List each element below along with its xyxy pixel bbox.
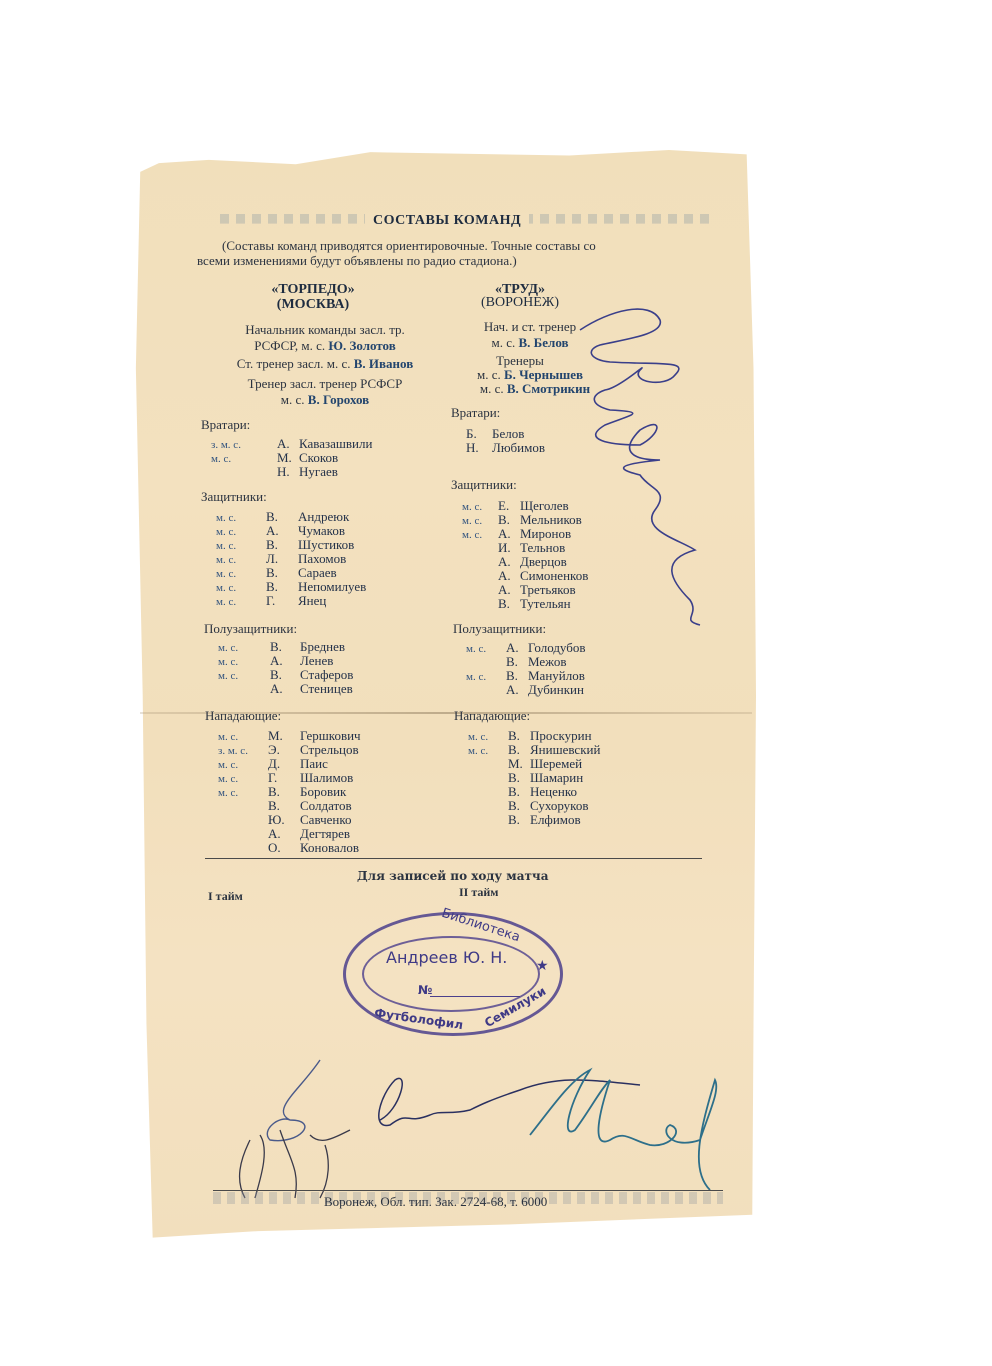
away-forward-row: В.Шамарин xyxy=(468,771,583,785)
player-name: Бреднев xyxy=(300,640,345,654)
away-defender-row: А.Третьяков xyxy=(462,583,576,597)
player-rank: м. с. xyxy=(216,511,266,525)
player-initial: Б. xyxy=(466,427,492,441)
player-name: Стеницев xyxy=(300,682,353,696)
stamp-number: № xyxy=(418,983,432,997)
away-head-name: В. Белов xyxy=(518,335,568,350)
player-rank: м. с. xyxy=(211,452,277,466)
player-name: Савченко xyxy=(300,813,352,827)
away-forward-row: В.Неценко xyxy=(468,785,577,799)
player-name: Стаферов xyxy=(300,668,353,682)
away-defender-row: В.Тутельян xyxy=(462,597,571,611)
home-coach-name: В. Горохов xyxy=(308,392,369,407)
home-forward-row: м. с.М.Гершкович xyxy=(218,729,361,743)
home-defender-row: м. с.Г.Янец xyxy=(216,594,326,608)
player-name: Солдатов xyxy=(300,799,352,813)
home-forwards-label: Нападающие: xyxy=(205,708,281,724)
player-initial: В. xyxy=(268,799,300,813)
player-rank: м. с. xyxy=(218,772,268,786)
away-team-city: (ВОРОНЕЖ) xyxy=(465,295,575,311)
player-initial: В. xyxy=(508,813,530,827)
player-initial: Л. xyxy=(266,552,298,566)
player-initial: В. xyxy=(506,669,528,683)
player-name: Сараев xyxy=(298,566,337,580)
player-rank: м. с. xyxy=(462,528,498,542)
player-initial: А. xyxy=(266,524,298,538)
home-forward-row: О.Коновалов xyxy=(218,841,359,855)
player-name: Неценко xyxy=(530,785,577,799)
home-staff-coach: Тренер засл. тренер РСФСР м. с. В. Горох… xyxy=(205,376,445,408)
home-staff-head: Начальник команды засл. тр. РСФСР, м. с.… xyxy=(205,322,445,354)
player-name: Непомилуев xyxy=(298,580,366,594)
player-initial: Г. xyxy=(268,771,300,785)
player-initial: Г. xyxy=(266,594,298,608)
page-title: СОСТАВЫ КОМАНД xyxy=(365,213,529,229)
player-name: Боровик xyxy=(300,785,346,799)
home-goalkeeper-row: з. м. с.А.Кавазашвили xyxy=(211,437,372,451)
player-initial: В. xyxy=(498,597,520,611)
player-initial: О. xyxy=(268,841,300,855)
player-initial: В. xyxy=(508,743,530,757)
player-initial: В. xyxy=(266,538,298,552)
player-initial: В. xyxy=(270,640,300,654)
player-name: Мануйлов xyxy=(528,669,585,683)
player-initial: В. xyxy=(508,771,530,785)
player-rank: м. с. xyxy=(218,641,270,655)
home-coach-rank: м. с. xyxy=(281,392,305,407)
player-initial: В. xyxy=(266,580,298,594)
player-rank: м. с. xyxy=(216,525,266,539)
home-forward-row: Ю.Савченко xyxy=(218,813,352,827)
note-line-1: (Составы команд приводятся ориентировочн… xyxy=(222,238,692,254)
divider-line xyxy=(205,858,702,859)
away-forward-row: В.Елфимов xyxy=(468,813,581,827)
away-defenders-label: Защитники: xyxy=(451,477,517,493)
home-midfielder-row: м. с.В.Бреднев xyxy=(218,640,345,654)
player-name: Тельнов xyxy=(520,541,565,555)
footer-rule xyxy=(213,1190,723,1191)
player-initial: Д. xyxy=(268,757,300,771)
home-midfielder-row: м. с.В.Стаферов xyxy=(218,668,353,682)
player-rank: м. с. xyxy=(468,744,508,758)
away-midfielder-row: А.Дубинкин xyxy=(466,683,584,697)
away-midfielder-row: м. с.В.Мануйлов xyxy=(466,669,585,683)
player-name: Межов xyxy=(528,655,566,669)
player-name: Проскурин xyxy=(530,729,592,743)
player-name: Любимов xyxy=(492,441,545,455)
player-name: Щеголев xyxy=(520,499,569,513)
player-rank: м. с. xyxy=(466,670,506,684)
player-initial: А. xyxy=(270,654,300,668)
player-rank: м. с. xyxy=(466,642,506,656)
away-goalkeeper-row: Н.Любимов xyxy=(466,441,545,455)
away-defender-row: м. с.Е.Щеголев xyxy=(462,499,569,513)
home-defender-row: м. с.А.Чумаков xyxy=(216,524,345,538)
player-initial: В. xyxy=(508,729,530,743)
away-head-rank: м. с. xyxy=(491,335,515,350)
player-initial: В. xyxy=(498,513,520,527)
autograph-vertical-icon xyxy=(570,300,720,630)
player-name: Кавазашвили xyxy=(299,437,372,451)
player-initial: Ю. xyxy=(268,813,300,827)
player-rank: м. с. xyxy=(218,730,268,744)
player-name: Белов xyxy=(492,427,524,441)
player-name: Миронов xyxy=(520,527,571,541)
player-name: Коновалов xyxy=(300,841,359,855)
away-midfielder-row: м. с.А.Голодубов xyxy=(466,641,586,655)
player-rank: м. с. xyxy=(462,514,498,528)
player-name: Дегтярев xyxy=(300,827,350,841)
player-name: Елфимов xyxy=(530,813,581,827)
away-goalkeeper-row: Б.Белов xyxy=(466,427,524,441)
star-icon: ★ xyxy=(536,958,549,974)
player-initial: В. xyxy=(508,799,530,813)
second-half-label: II тайм xyxy=(459,885,498,900)
player-rank: м. с. xyxy=(462,500,498,514)
player-rank: м. с. xyxy=(218,655,270,669)
home-goalkeeper-row: м. с.М.Скоков xyxy=(211,451,338,465)
player-name: Дубинкин xyxy=(528,683,584,697)
player-initial: В. xyxy=(266,510,298,524)
note-line-2: всеми изменениями будут объявлены по рад… xyxy=(197,253,517,269)
player-initial: Н. xyxy=(466,441,492,455)
player-initial: А. xyxy=(498,569,520,583)
player-initial: М. xyxy=(277,451,299,465)
player-name: Гершкович xyxy=(300,729,361,743)
home-head-name-line: РСФСР, м. с. Ю. Золотов xyxy=(205,338,445,354)
player-name: Янец xyxy=(298,594,326,608)
away-forward-row: м. с.В.Проскурин xyxy=(468,729,592,743)
home-goalkeeper-row: Н.Нугаев xyxy=(211,465,338,479)
home-midfielders-label: Полузащитники: xyxy=(204,621,297,637)
away-defender-row: А.Дверцов xyxy=(462,555,567,569)
home-defender-row: м. с.В.Шустиков xyxy=(216,538,354,552)
player-name: Паис xyxy=(300,757,328,771)
player-initial: А. xyxy=(498,555,520,569)
player-initial: В. xyxy=(268,785,300,799)
home-goalkeepers-label: Вратари: xyxy=(201,417,250,433)
home-coach-title: Тренер засл. тренер РСФСР xyxy=(205,376,445,392)
player-rank: м. с. xyxy=(216,553,266,567)
home-forward-row: В.Солдатов xyxy=(218,799,352,813)
player-rank: м. с. xyxy=(218,758,268,772)
printer-imprint: Воронеж, Обл. тип. Зак. 2724-68, т. 6000 xyxy=(324,1194,547,1210)
home-defenders-label: Защитники: xyxy=(201,489,267,505)
player-name: Шеремей xyxy=(530,757,582,771)
away-forwards-label: Нападающие: xyxy=(454,708,530,724)
player-initial: Е. xyxy=(498,499,520,513)
home-midfielder-row: А.Стеницев xyxy=(218,682,353,696)
player-rank: м. с. xyxy=(218,669,270,683)
autographs-bottom-icon xyxy=(230,1050,730,1200)
player-name: Шустиков xyxy=(298,538,354,552)
away-forward-row: В.Сухоруков xyxy=(468,799,588,813)
away-defender-row: И.Тельнов xyxy=(462,541,565,555)
home-head-title: Начальник команды засл. тр. xyxy=(205,322,445,338)
player-rank: м. с. xyxy=(216,581,266,595)
stamp-number-line xyxy=(430,996,520,997)
player-name: Шалимов xyxy=(300,771,353,785)
away-forward-row: м. с.В.Янишевский xyxy=(468,743,600,757)
player-name: Скоков xyxy=(299,451,338,465)
player-rank: м. с. xyxy=(216,567,266,581)
player-name: Стрельцов xyxy=(300,743,359,757)
player-initial: А. xyxy=(270,682,300,696)
away-goalkeepers-label: Вратари: xyxy=(451,405,500,421)
player-rank: з. м. с. xyxy=(218,744,268,758)
player-initial: М. xyxy=(508,757,530,771)
home-team-name: «ТОРПЕДО» xyxy=(248,282,378,298)
player-initial: В. xyxy=(270,668,300,682)
away-midfielders-label: Полузащитники: xyxy=(453,621,546,637)
player-name: Нугаев xyxy=(299,465,338,479)
home-defender-row: м. с.Л.Пахомов xyxy=(216,552,346,566)
player-initial: Н. xyxy=(277,465,299,479)
home-forward-row: з. м. с.Э.Стрельцов xyxy=(218,743,359,757)
home-midfielder-row: м. с.А.Ленев xyxy=(218,654,333,668)
home-defender-row: м. с.В.Сараев xyxy=(216,566,337,580)
home-defender-row: м. с.В.Непомилуев xyxy=(216,580,366,594)
player-name: Чумаков xyxy=(298,524,345,538)
home-head-rank: РСФСР, м. с. xyxy=(254,338,325,353)
first-half-label: I тайм xyxy=(208,889,243,904)
player-initial: А. xyxy=(498,527,520,541)
player-name: Третьяков xyxy=(520,583,576,597)
home-forward-row: А.Дегтярев xyxy=(218,827,350,841)
player-name: Голодубов xyxy=(528,641,586,655)
away-defender-row: м. с.В.Мельников xyxy=(462,513,582,527)
home-senior-name: В. Иванов xyxy=(354,356,414,371)
away-defender-row: м. с.А.Миронов xyxy=(462,527,571,541)
player-initial: В. xyxy=(508,785,530,799)
player-rank: з. м. с. xyxy=(211,438,277,452)
player-name: Ленев xyxy=(300,654,333,668)
player-initial: А. xyxy=(506,641,528,655)
player-initial: А. xyxy=(498,583,520,597)
player-initial: А. xyxy=(506,683,528,697)
player-initial: М. xyxy=(268,729,300,743)
player-name: Тутельян xyxy=(520,597,571,611)
home-forward-row: м. с.В.Боровик xyxy=(218,785,346,799)
home-defender-row: м. с.В.Андреюк xyxy=(216,510,349,524)
player-rank: м. с. xyxy=(218,786,268,800)
player-initial: В. xyxy=(266,566,298,580)
player-name: Дверцов xyxy=(520,555,567,569)
away-forward-row: М.Шеремей xyxy=(468,757,582,771)
away-midfielder-row: В.Межов xyxy=(466,655,566,669)
home-forward-row: м. с.Д.Паис xyxy=(218,757,328,771)
player-initial: И. xyxy=(498,541,520,555)
player-rank: м. с. xyxy=(216,595,266,609)
player-initial: Э. xyxy=(268,743,300,757)
home-forward-row: м. с.Г.Шалимов xyxy=(218,771,353,785)
player-name: Шамарин xyxy=(530,771,583,785)
home-team-city: (МОСКВА) xyxy=(248,297,378,313)
home-senior-rank: Ст. тренер засл. м. с. xyxy=(237,356,351,371)
player-initial: А. xyxy=(277,437,299,451)
player-name: Пахомов xyxy=(298,552,346,566)
player-initial: А. xyxy=(268,827,300,841)
home-staff-senior-coach: Ст. тренер засл. м. с. В. Иванов xyxy=(205,356,445,372)
player-name: Янишевский xyxy=(530,743,600,757)
stamp-owner: Андреев Ю. Н. xyxy=(386,948,507,967)
home-head-name: Ю. Золотов xyxy=(328,338,395,353)
player-name: Сухоруков xyxy=(530,799,588,813)
notes-heading: Для записей по ходу матча xyxy=(357,869,548,883)
player-name: Андреюк xyxy=(298,510,349,524)
player-rank: м. с. xyxy=(468,730,508,744)
player-rank: м. с. xyxy=(216,539,266,553)
player-initial: В. xyxy=(506,655,528,669)
